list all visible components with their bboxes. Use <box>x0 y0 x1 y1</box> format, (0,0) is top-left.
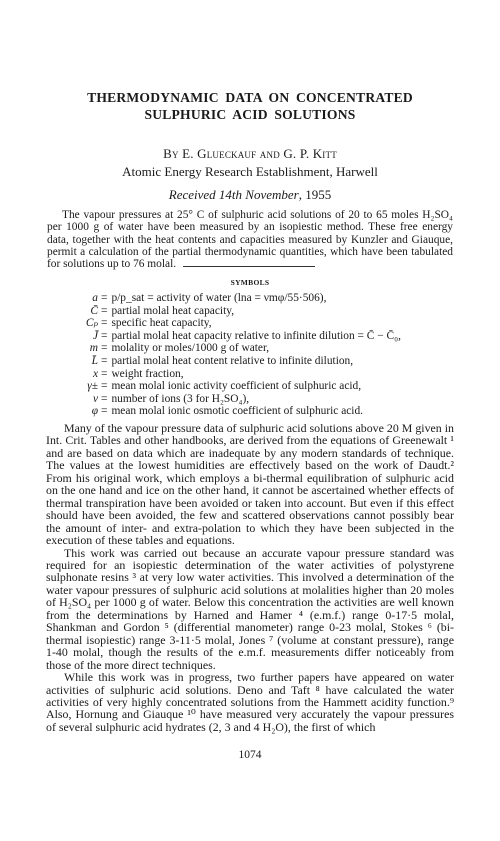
symbol-item: L̄=partial molal heat content relative t… <box>60 355 480 368</box>
paper-title: THERMODYNAMIC DATA ON CONCENTRATED SULPH… <box>0 89 500 123</box>
body-text: Many of the vapour pressure data of sulp… <box>46 422 454 733</box>
received-label: Received <box>169 187 216 202</box>
by-label: By <box>163 146 179 161</box>
page-number: 1074 <box>0 749 500 761</box>
symbol-item: ν=number of ions (3 for H₂SO₄), <box>60 393 480 406</box>
symbol-item: J̄=partial molal heat capacity relative … <box>60 330 480 343</box>
body-paragraph: Many of the vapour pressure data of sulp… <box>46 422 454 547</box>
title-line-2: SULPHURIC ACID SOLUTIONS <box>0 106 500 123</box>
symbol-item: C̄=partial molal heat capacity, <box>60 305 480 318</box>
symbol-item: x=weight fraction, <box>60 368 480 381</box>
section-divider <box>183 266 315 267</box>
affiliation: Atomic Energy Research Establishment, Ha… <box>0 163 500 180</box>
symbols-heading: SYMBOLS <box>0 278 500 287</box>
symbol-item: Cₚ=specific heat capacity, <box>60 317 480 330</box>
received-year: , 1955 <box>299 187 332 202</box>
author-line: By E. Glueckauf and G. P. Kitt <box>0 145 500 162</box>
paper-page: THERMODYNAMIC DATA ON CONCENTRATED SULPH… <box>0 0 500 841</box>
symbols-list: a=p/p_sat = activity of water (lna = νmφ… <box>60 292 480 418</box>
symbol-item: γ±=mean molal ionic activity coefficient… <box>60 380 480 393</box>
abstract: The vapour pressures at 25° C of sulphur… <box>47 209 453 270</box>
author-names: E. Glueckauf and G. P. Kitt <box>182 146 337 161</box>
body-paragraph: While this work was in progress, two fur… <box>46 671 454 733</box>
symbol-item: a=p/p_sat = activity of water (lna = νmφ… <box>60 292 480 305</box>
title-line-1: THERMODYNAMIC DATA ON CONCENTRATED <box>0 89 500 106</box>
symbol-item: φ=mean molal ionic osmotic coefficient o… <box>60 405 480 418</box>
body-paragraph: This work was carried out because an acc… <box>46 547 454 672</box>
received-day-month: 14th November <box>219 187 299 202</box>
received-date: Received 14th November, 1955 <box>0 186 500 203</box>
symbol-item: m=molality or moles/1000 g of water, <box>60 342 480 355</box>
